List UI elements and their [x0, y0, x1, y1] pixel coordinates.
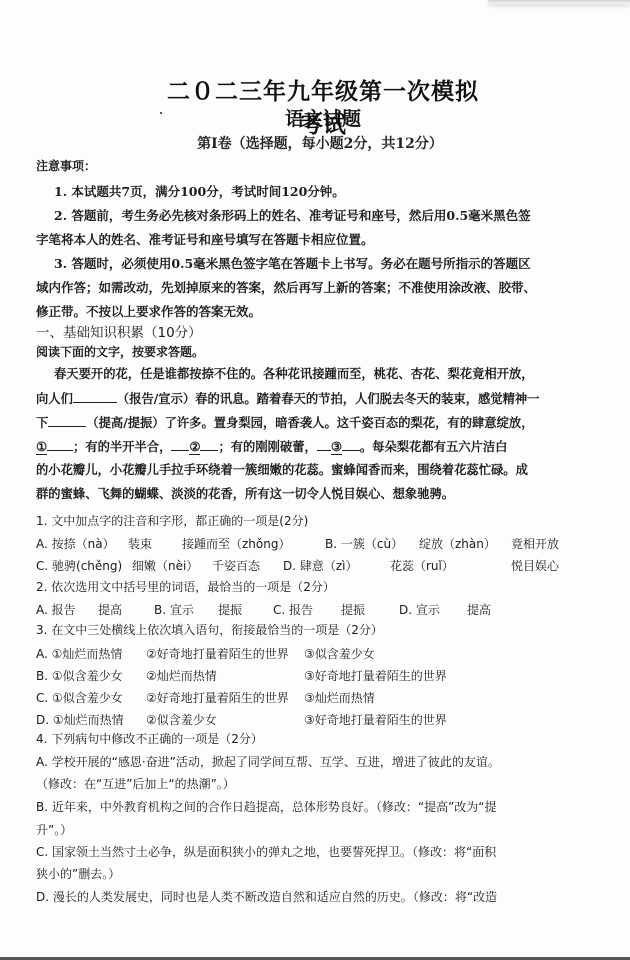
passage-line-4: ①；有的半开半合，②；有的刚刚破蕾，③。每朵梨花都有五六片洁白	[36, 438, 596, 455]
option-b-word2: 提振	[218, 601, 242, 618]
exam-subject: 语文试题	[158, 104, 488, 131]
option-d-part3: 悦目娱心	[511, 557, 559, 574]
notice-item-2-cont: 字笔将本人的姓名、准考证号和座号填写在答题卡相应位置。	[36, 232, 596, 248]
question-4-option-b[interactable]: B. 近年来，中外教育机构之间的合作日趋提高，总体形势良好。（修改：“提高”改为…	[36, 799, 596, 815]
option-c-part3: 千姿百态	[212, 557, 260, 574]
question-3-stem: 3. 在文中三处横线上依次填入语句，衔接最恰当的一项是（2分）	[36, 622, 596, 638]
passage-line-2: 向人们（报告/宣示）春的讯息。踏着春天的节拍，人们脱去冬天的装束，感觉精神一	[36, 390, 596, 407]
fill-blank-3	[47, 438, 73, 451]
passage-line-3: 下（提高/提振）了许多。置身梨园，暗香袭人。这千姿百态的梨花，有的肆意绽放，	[36, 414, 596, 431]
option-c-part2: 细嫩（nèi）	[132, 557, 198, 574]
passage-text: ；有的半开半合，	[73, 439, 171, 454]
option-text: ②灿烂而热情	[146, 667, 217, 684]
passage-line-6: 群的蜜蜂、飞舞的蝴蝶、淡淡的花香，所有这一切令人悦目娱心、想象驰骋。	[36, 486, 596, 502]
blank-marker-2: ②	[189, 439, 200, 455]
option-text: B. ①似含羞少女	[36, 667, 123, 684]
option-c-word2: 提振	[341, 601, 365, 618]
question-4-option-b-cont: 升”。）	[36, 822, 596, 838]
option-text: ③好奇地打量着陌生的世界	[304, 667, 447, 684]
option-b-part3: 竟相开放	[511, 535, 559, 552]
notice-item-2: 2. 答题前，考生务必先核对条形码上的姓名、准考证号和座号，然后用0.5毫米黑色…	[54, 208, 614, 224]
passage-line-1: 春天要开的花，任是谁都按捺不住的。各种花讯接踵而至，桃花、杏花、梨花竟相开放，	[54, 366, 614, 382]
passage-line-5: 的小花瓣儿，小花瓣儿手拉手环绕着一簇细嫩的花蕊。蜜蜂闻香而来，围绕着花蕊忙碌。成	[36, 462, 596, 478]
passage-text: 向人们	[36, 391, 73, 406]
option-text: D. ①灿烂而热情	[36, 711, 124, 728]
option-text: ②好奇地打量着陌生的世界	[146, 645, 289, 662]
question-4-option-a[interactable]: A. 学校开展的“感恩·奋进”活动，掀起了同学间互帮、互学、互进，增进了彼此的友…	[36, 754, 596, 770]
option-text: C. ①似含羞少女	[36, 689, 123, 706]
option-b[interactable]: B. 宣示	[154, 601, 194, 618]
notice-heading: 注意事项：	[36, 158, 596, 174]
option-text: A. ①灿烂而热情	[36, 645, 122, 662]
question-4-stem: 4. 下列病句中修改不正确的一项是（2分）	[36, 731, 596, 747]
option-a-part3: 接踵而至（zhǒng）	[182, 535, 290, 552]
option-a-part1[interactable]: A. 按捺（nà）	[36, 535, 115, 552]
option-c-part1[interactable]: C. 驰骋(chěng)	[36, 557, 122, 574]
option-text: ②似含羞少女	[146, 711, 217, 728]
option-d-part2: 花蕊（ruǐ）	[390, 557, 454, 574]
option-a-part2: 装束	[128, 535, 152, 552]
question-4-option-c-cont: 狭小的”删去。）	[36, 866, 596, 882]
question-4-option-c[interactable]: C. 国家领土当然寸土必争，纵是面积狭小的弹丸之地，也要誓死捍卫。（修改：将“面…	[36, 844, 596, 860]
question-4-option-d[interactable]: D. 漫长的人类发展史，同时也是人类不断改造自然和适应自然的历史。（修改：将“改…	[36, 889, 596, 905]
passage-text: 下	[36, 415, 48, 430]
option-a[interactable]: A. 报告	[36, 601, 76, 618]
fill-blank-4b	[200, 438, 218, 451]
passage-text: （报告/宣示）春的讯息。踏着春天的节拍，人们脱去冬天的装束，感觉精神一	[117, 391, 540, 406]
fill-blank-4a	[171, 438, 189, 451]
reading-instruction: 阅读下面的文字，按要求答题。	[36, 344, 596, 360]
option-d-part1[interactable]: D. 肆意（zì）	[283, 557, 358, 574]
fill-blank-1	[73, 390, 117, 403]
blank-marker-1: ①	[36, 439, 47, 455]
passage-text: ；有的刚刚破蕾，	[218, 439, 316, 454]
part-heading: 第Ⅰ卷（选择题，每小题2分，共12分）	[150, 133, 490, 153]
option-b-part2: 绽放（zhàn）	[419, 535, 496, 552]
passage-text: 。每朵梨花都有五六片洁白	[360, 439, 508, 454]
option-text: ③似含羞少女	[304, 645, 375, 662]
option-c[interactable]: C. 报告	[273, 601, 313, 618]
blank-marker-3: ③	[331, 439, 342, 455]
option-b-part1[interactable]: B. 一簇（cù）	[325, 535, 403, 552]
notice-item-1: 1. 本试题共7页，满分100分，考试时间120分钟。	[54, 184, 614, 200]
option-d[interactable]: D. 宣示	[399, 601, 440, 618]
notice-item-3: 3. 答题时，必须使用0.5毫米黑色签字笔在答题卡上书写。务必在题号所指示的答题…	[54, 256, 614, 272]
window-edge-shadow	[488, 0, 630, 4]
fill-blank-5a	[317, 438, 331, 451]
option-d-word2: 提高	[467, 601, 491, 618]
option-text: ③好奇地打量着陌生的世界	[304, 711, 447, 728]
question-1-stem: 1. 文中加点字的注音和字形，都正确的一项是(2分)	[36, 513, 596, 529]
option-text: ②好奇地打量着陌生的世界	[146, 689, 289, 706]
passage-text: （提高/提振）了许多。置身梨园，暗香袭人。这千姿百态的梨花，有的肆意绽放，	[86, 415, 533, 430]
section-heading: 一、基础知识积累（10分）	[36, 325, 596, 341]
question-2-stem: 2. 依次选用文中括号里的词语，最恰当的一项是（2分）	[36, 579, 596, 595]
fill-blank-5b	[342, 438, 360, 451]
fill-blank-2	[48, 414, 86, 427]
question-4-option-a-cont: （修改：在“互进”后加上“的热潮”。）	[36, 776, 596, 792]
option-a-word2: 提高	[98, 601, 122, 618]
option-text: ③灿烂而热情	[304, 689, 375, 706]
notice-item-3-cont2: 修正带。不按以上要求作答的答案无效。	[36, 304, 596, 320]
notice-item-3-cont: 域内作答；如需改动，先划掉原来的答案，然后再写上新的答案；不准使用涂改液、胶带、	[36, 280, 596, 296]
